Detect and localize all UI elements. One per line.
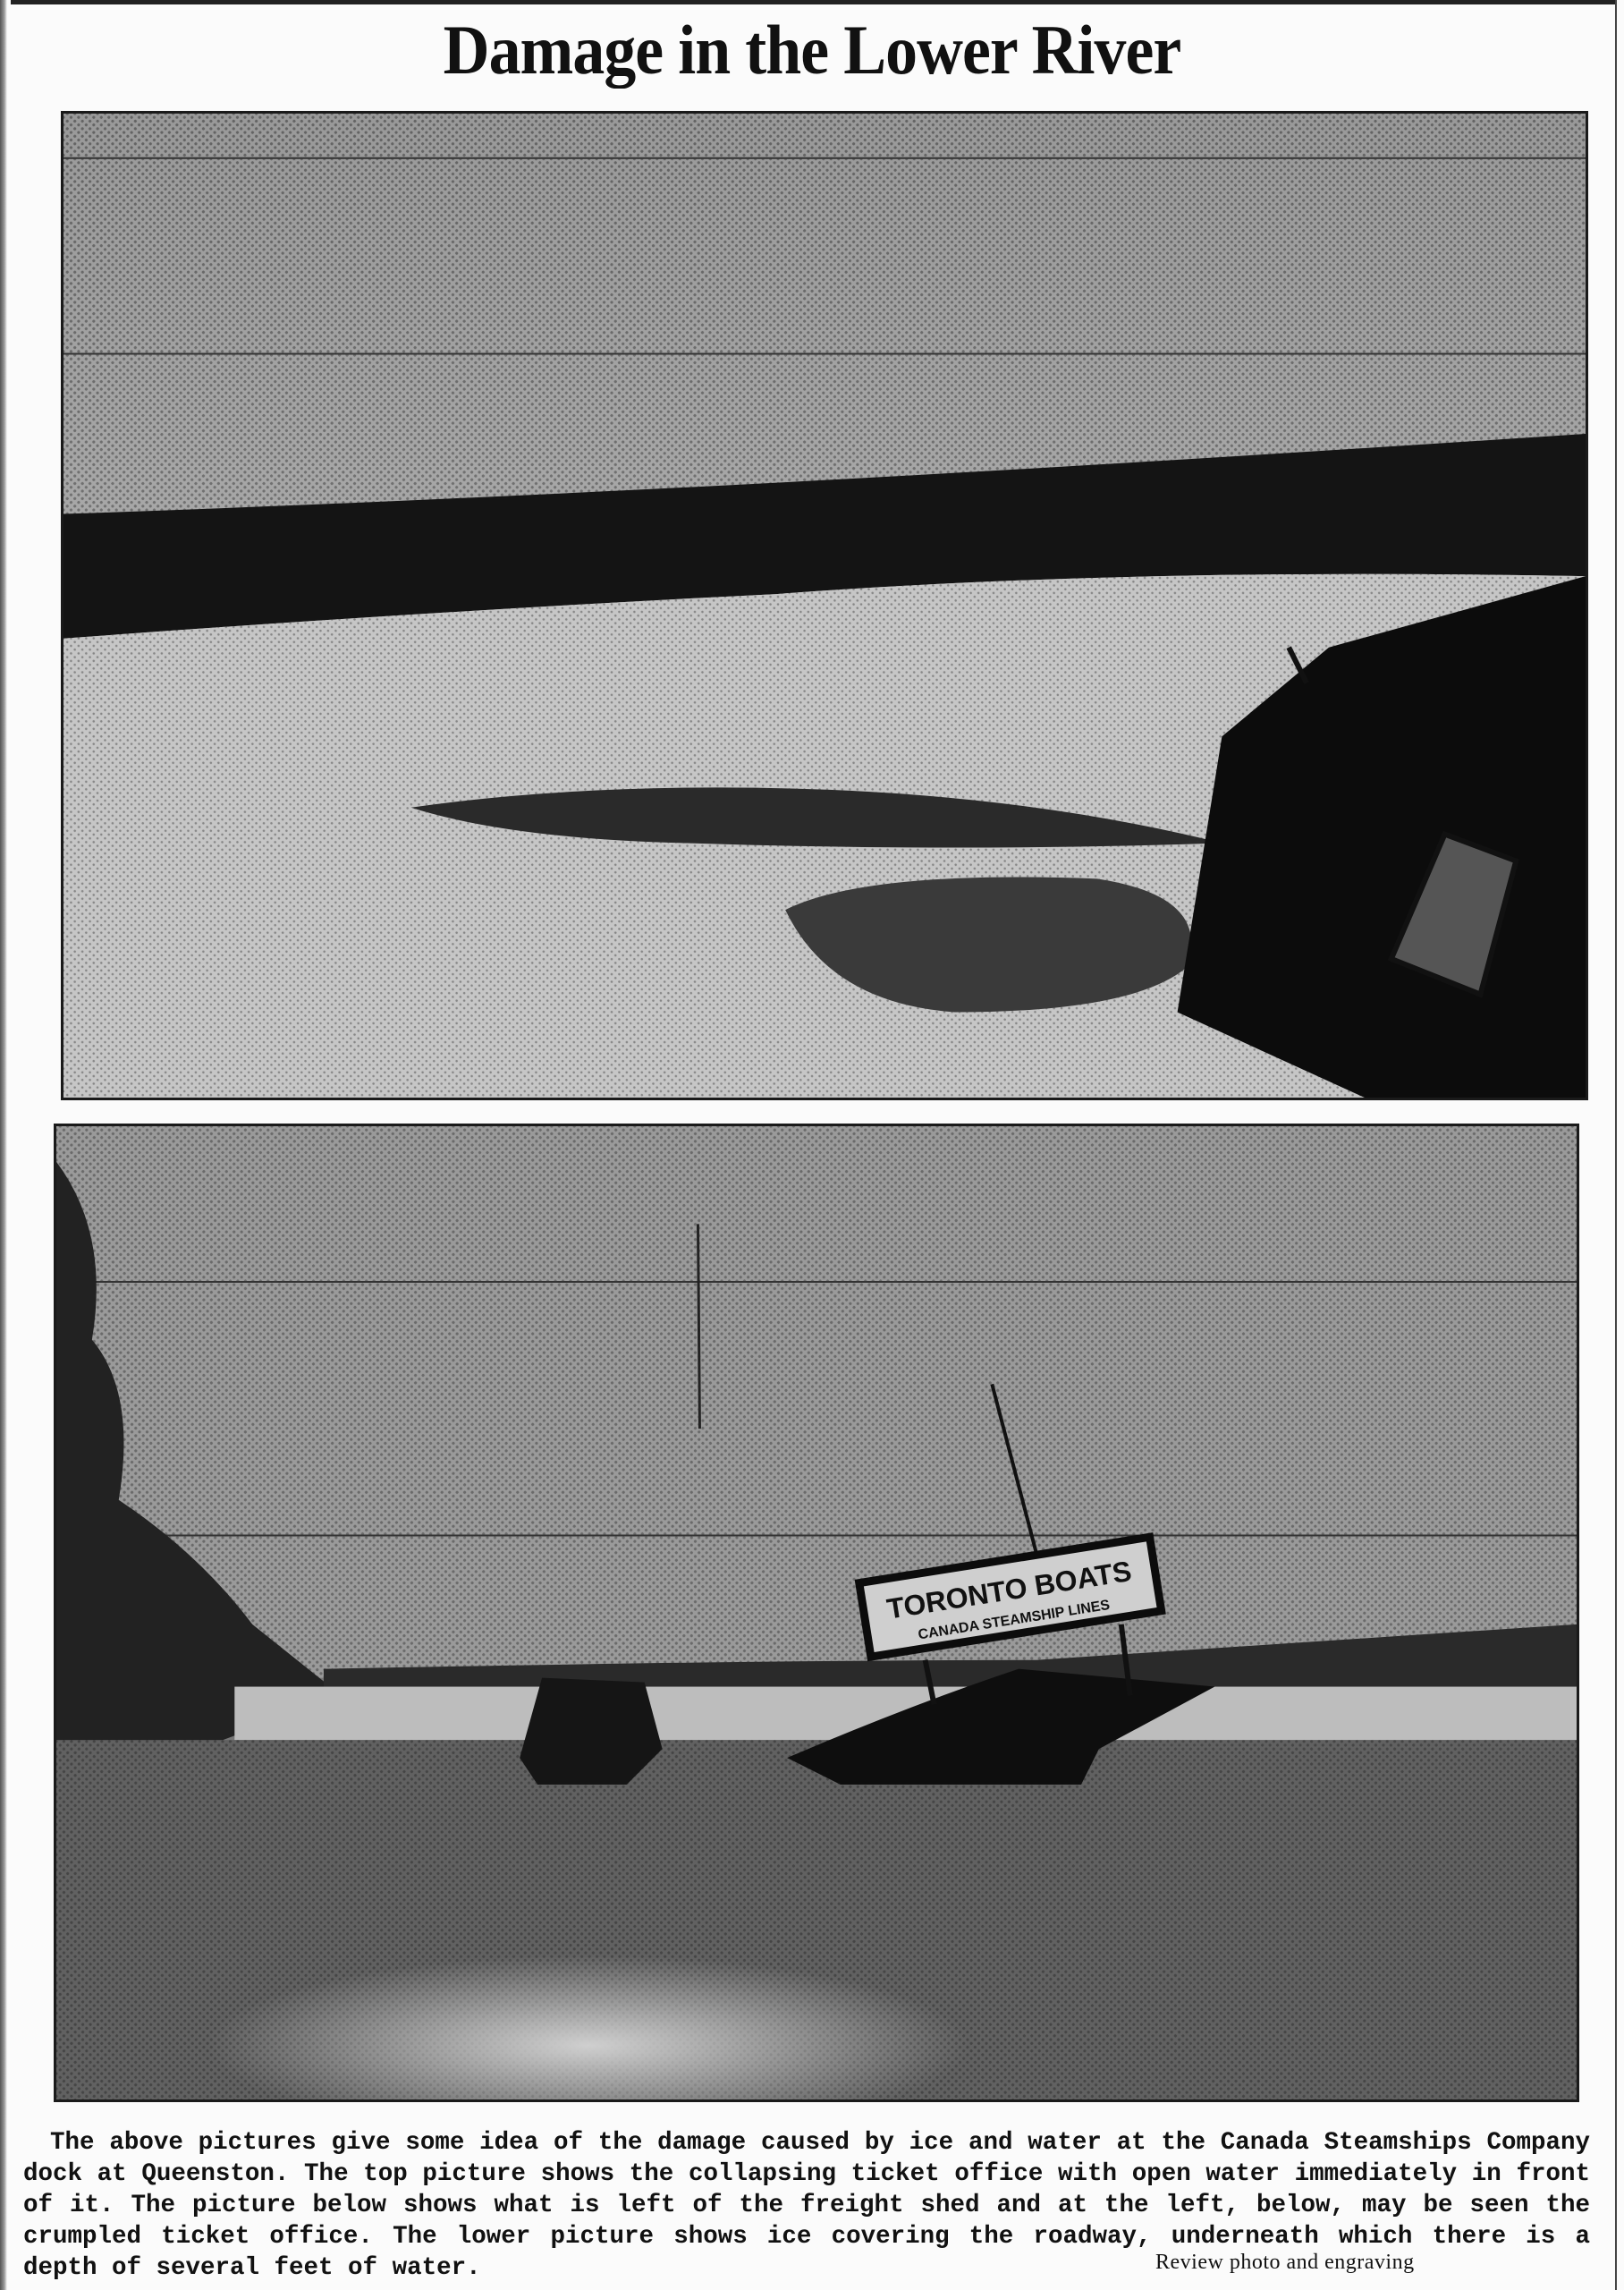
photo-bottom-image: TORONTO BOATS CANADA STEAMSHIP LINES	[56, 1126, 1577, 2099]
column-rule-left	[0, 0, 7, 2290]
column-rule-right	[1615, 0, 1617, 2290]
photo-top-image	[63, 114, 1586, 1098]
photo-collapsing-ticket-office	[61, 111, 1588, 1100]
top-rule	[11, 0, 1615, 4]
photo-credit: Review photo and engraving	[1155, 2251, 1415, 2275]
headline: Damage in the Lower River	[65, 5, 1560, 95]
photo-ice-covered-roadway: TORONTO BOATS CANADA STEAMSHIP LINES	[54, 1124, 1579, 2102]
